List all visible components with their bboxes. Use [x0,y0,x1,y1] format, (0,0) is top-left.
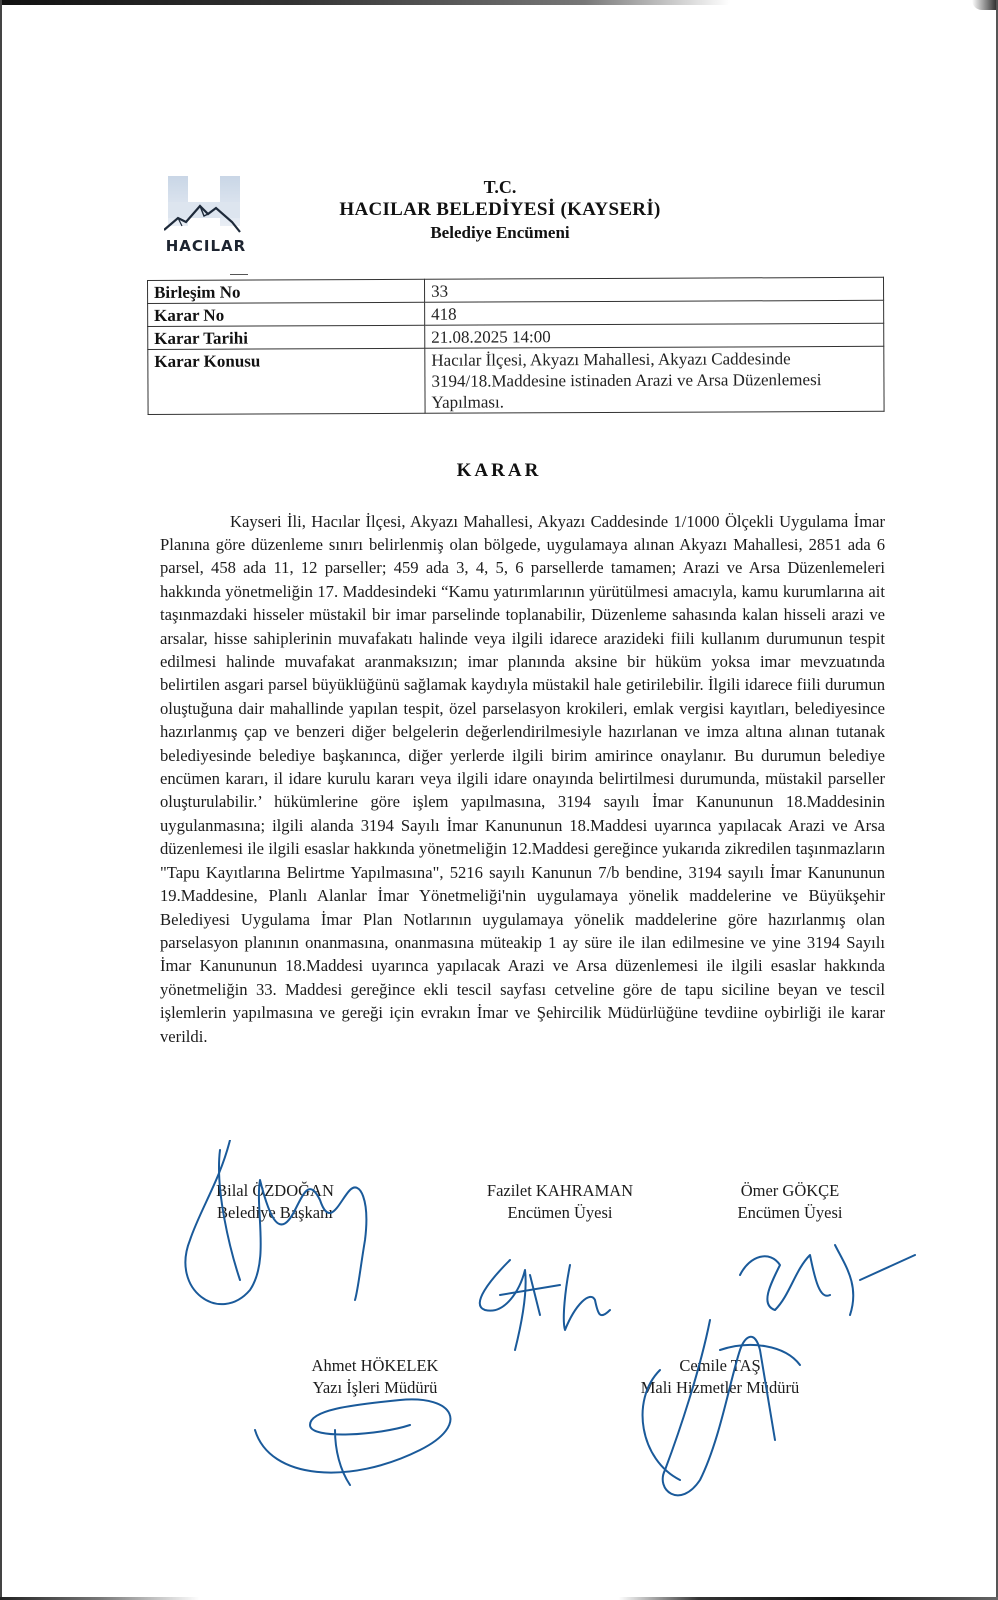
label-decision-date: Karar Tarihi [148,325,425,349]
value-session-no: 33 [424,277,883,302]
signatory-title: Yazı İşleri Müdürü [270,1377,480,1399]
label-session-no: Birleşim No [148,279,425,303]
signature-finance-icon [620,1310,820,1510]
signatory-mayor: Bilal ÖZDOĞAN Belediye Başkanı [175,1180,375,1224]
value-decision-subject: Hacılar İlçesi, Akyazı Mahallesi, Akyazı… [425,346,884,413]
signatory-finance-director: Cemile TAŞ Mali Hizmetler Müdürü [610,1355,830,1399]
header-line-tc: T.C. [330,176,670,198]
signatory-title: Encümen Üyesi [460,1202,660,1224]
value-decision-date: 21.08.2025 14:00 [425,323,884,348]
table-row-decision-no: Karar No 418 [148,300,884,326]
table-row-decision-subject: Karar Konusu Hacılar İlçesi, Akyazı Maha… [148,346,884,414]
label-decision-subject: Karar Konusu [148,348,425,414]
table-row-session-no: Birleşim No 33 [148,277,884,303]
signatory-title: Encümen Üyesi [710,1202,870,1224]
header-municipality-name: HACILAR BELEDİYESİ (KAYSERİ) [330,198,670,222]
value-decision-no: 418 [425,300,884,325]
decision-heading: KARAR [0,460,998,482]
decision-info-table: Birleşim No 33 Karar No 418 Karar Tarihi… [147,277,885,415]
signatory-clerk-director: Ahmet HÖKELEK Yazı İşleri Müdürü [270,1355,480,1399]
mountain-logo-icon [164,174,244,236]
header-council-name: Belediye Encümeni [330,222,670,244]
signatory-name: Ahmet HÖKELEK [270,1355,480,1377]
signatory-council-member-1: Fazilet KAHRAMAN Encümen Üyesi [460,1180,660,1224]
decision-body: Kayseri İli, Hacılar İlçesi, Akyazı Maha… [160,510,885,1048]
signatory-name: Ömer GÖKÇE [710,1180,870,1202]
municipality-logo: HACILAR [152,170,258,280]
signature-member1-icon [470,1250,630,1360]
signatory-title: Belediye Başkanı [175,1202,375,1224]
scan-edge-left [0,0,2,1600]
scan-edge-top [0,0,730,5]
table-row-decision-date: Karar Tarihi 21.08.2025 14:00 [148,323,884,349]
signature-member2-icon [720,1235,920,1325]
signatory-name: Cemile TAŞ [610,1355,830,1377]
signatory-name: Fazilet KAHRAMAN [460,1180,660,1202]
signatory-name: Bilal ÖZDOĞAN [175,1180,375,1202]
signature-mayor-icon [160,1140,400,1320]
logo-text: HACILAR [154,237,258,255]
signatory-council-member-2: Ömer GÖKÇE Encümen Üyesi [710,1180,870,1224]
label-decision-no: Karar No [148,302,425,326]
document-header: T.C. HACILAR BELEDİYESİ (KAYSERİ) Beledi… [330,176,670,244]
scan-edge-corner [972,0,998,10]
signatory-title: Mali Hizmetler Müdürü [610,1377,830,1399]
logo-underline [230,274,248,275]
